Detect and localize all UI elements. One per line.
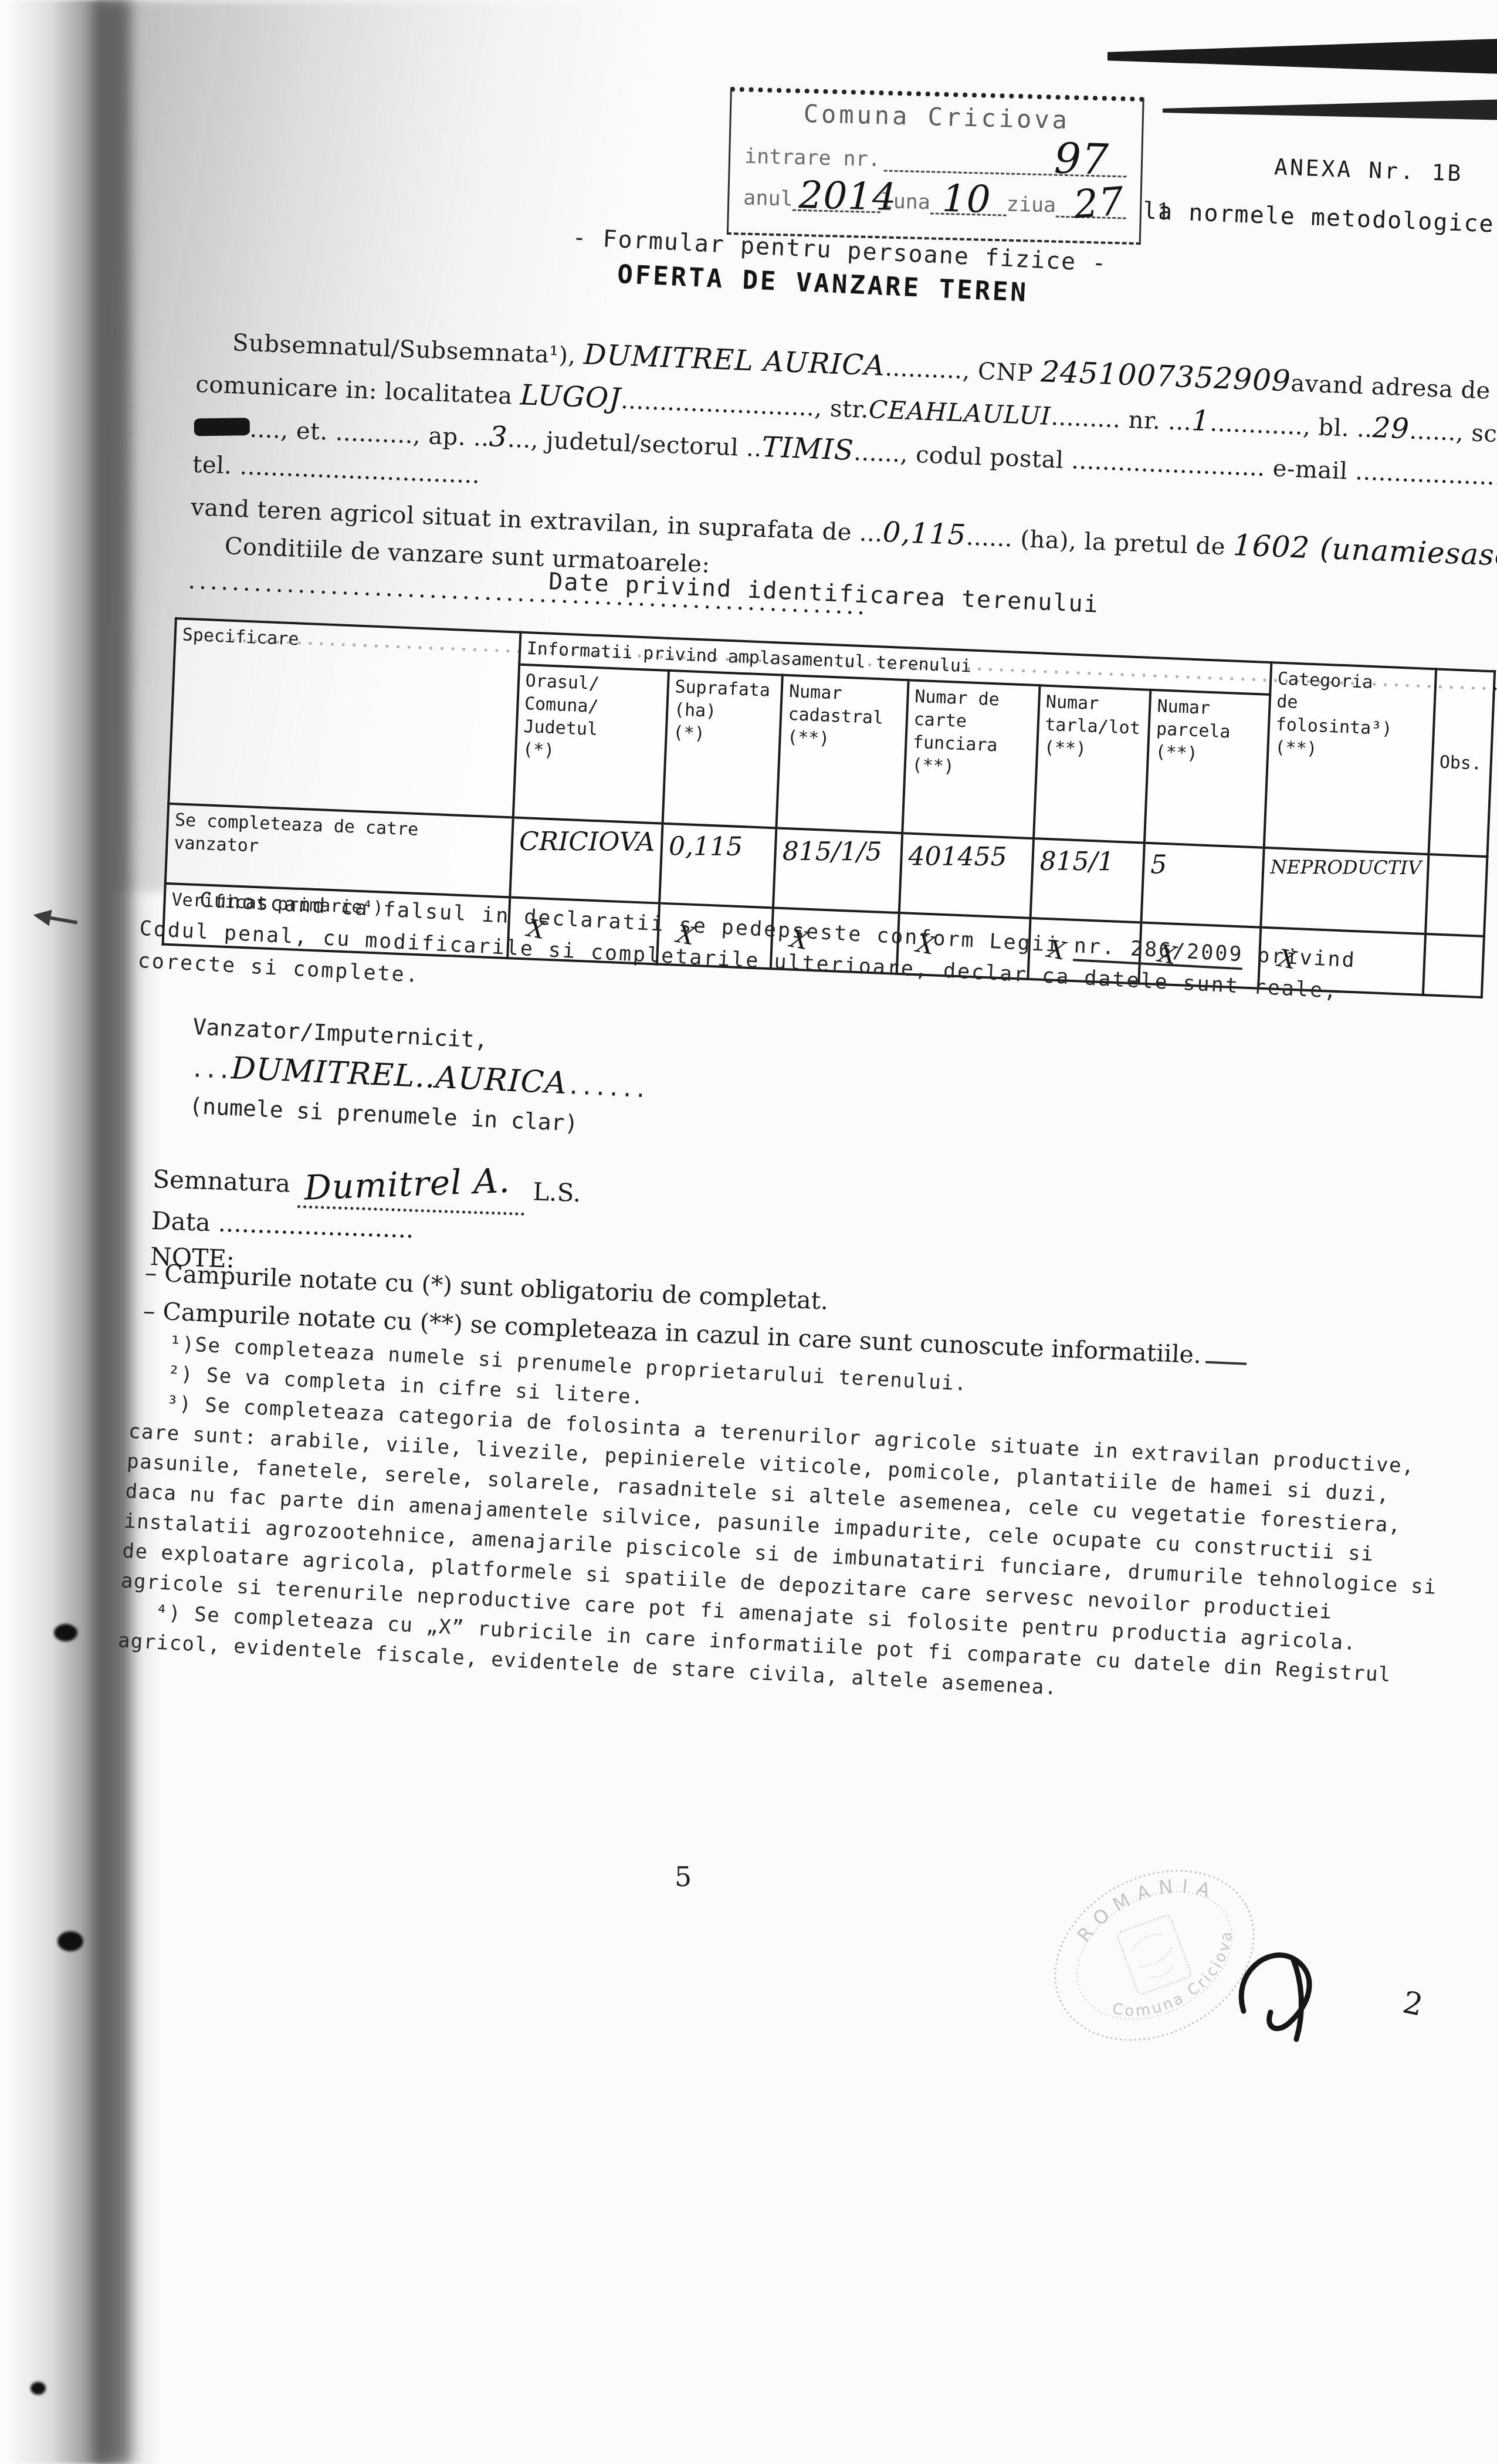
intrare-number-handwritten: 97: [1054, 140, 1109, 179]
row-label-vanzator: Se completeaza de catre vanzator: [165, 804, 513, 897]
col-carte-funciara: Numar de carte funciara (**): [902, 680, 1039, 838]
semnatura-label: Semnatura: [153, 1165, 291, 1198]
numbered-footnotes: ¹)Se completeaza numele si prenumele pro…: [117, 1327, 1452, 1722]
page-number: 5: [675, 1861, 692, 1893]
cadastral-value-handwritten: 815/1/5: [783, 835, 882, 869]
anul-value-handwritten: 2014: [798, 179, 897, 215]
bl-handwritten: 29: [1372, 411, 1410, 445]
ziua-underline: 27: [1056, 190, 1127, 219]
scanned-document-page: Comuna Criciova intrare nr. 97 anul 2014…: [0, 0, 1497, 2464]
stamp-date-row: anul 2014 luna 10 ziua 27: [743, 182, 1130, 219]
stray-mark-2: 2: [1400, 1985, 1426, 2023]
stamp-top-text: ROMANIA: [1066, 1847, 1228, 1969]
annex-heading: ANEXA Nr. 1B: [1274, 154, 1464, 186]
luna-underline: 10: [930, 187, 1007, 216]
stamp-entry-number-row: intrare nr. 97: [744, 141, 1131, 178]
localitate-label: comunicare in: localitatea: [195, 371, 521, 410]
ap-handwritten: 3: [489, 420, 509, 453]
cell-obs-vanzator: [1425, 854, 1487, 936]
strada-label: ........................., str.: [620, 387, 869, 424]
signature-flourish-graphic: [1227, 1941, 1344, 2043]
col-oras-comuna-judet: Orasul/ Comuna/ Judetul (*): [513, 665, 668, 824]
adresa-label: avand adresa de: [1291, 370, 1491, 405]
cnp-handwritten: 2451007352909: [1040, 354, 1291, 398]
cell-carte-funciara: 401455: [899, 833, 1033, 918]
arrow-tail: [50, 916, 77, 925]
scan-ink-blob: [31, 2382, 46, 2395]
cell-comuna: CRICIOVA: [510, 817, 662, 903]
legal-text-b: privind: [1242, 943, 1356, 972]
col-obs: Obs.: [1429, 669, 1495, 857]
ziua-value-handwritten: 27: [1072, 184, 1125, 222]
ls-label: L.S.: [533, 1177, 581, 1207]
suprafata-value-handwritten: 0,115: [669, 830, 743, 864]
subsemnatul-label: Subsemnatul/Subsemnata¹),: [232, 329, 584, 370]
categoria-value-handwritten: NEPRODUCTIV: [1270, 855, 1421, 881]
sc-label: ......, sc.: [1409, 417, 1497, 448]
scribbled-text-blob: [194, 418, 250, 436]
ziua-label: ziua: [1006, 193, 1056, 218]
anul-underline: 2014: [792, 184, 881, 214]
tarla-value-handwritten: 815/1: [1039, 845, 1114, 879]
nr-label: ......... nr. ...: [1051, 404, 1192, 436]
cell-tarla: 815/1: [1030, 838, 1144, 923]
col-numar-cadastral: Numar cadastral (**): [777, 675, 909, 833]
cell-cadastral: 815/1/5: [773, 828, 902, 912]
cell-check-obs: [1423, 934, 1484, 997]
nr-handwritten: 1: [1191, 404, 1211, 438]
dots-before-name: ...: [190, 1056, 232, 1084]
registry-entry-stamp-box: Comuna Criciova intrare nr. 97 anul 2014…: [727, 87, 1144, 245]
dots-after-name: ......: [567, 1073, 648, 1102]
col-tarla-lot: Numar tarla/lot (**): [1034, 685, 1151, 842]
seller-name-handwritten: DUMITREL AURICA: [583, 338, 886, 383]
signer-block: Vanzator/Imputernicit, ...DUMITREL..AURI…: [188, 1010, 650, 1143]
arrow-head-icon: [32, 907, 52, 926]
et-ap-label: ...., et. .........., ap. ..: [249, 415, 490, 452]
scan-left-shadow-band: [8, 0, 161, 2464]
intrare-label: intrare nr.: [744, 145, 881, 172]
scan-artifact-bar-bottom: [1163, 97, 1497, 122]
scan-left-dark-streak: [95, 0, 131, 2464]
bl-label: ............, bl. ..: [1210, 409, 1373, 443]
suprafata-handwritten: 0,115: [882, 516, 967, 551]
judet-handwritten: TIMIS: [761, 431, 855, 467]
svg-text:ROMANIA: ROMANIA: [1066, 1847, 1228, 1969]
intrare-underline: 97: [883, 144, 1127, 177]
strada-handwritten: CEAHLAULUI: [868, 395, 1052, 431]
judet-label: ..., judetul/sectorul ..: [507, 425, 762, 462]
localitate-handwritten: LUGOJ: [520, 378, 622, 415]
col-categoria-folosinta: Categoria de folosinta³) (**): [1264, 662, 1436, 854]
scan-artifact-bar-top: [1107, 39, 1497, 74]
col-specificare: Specificare: [168, 618, 520, 817]
scan-ink-blob: [57, 1931, 83, 1951]
carte-funciara-value-handwritten: 401455: [908, 840, 1007, 874]
col-suprafata: Suprafata (ha) (*): [662, 671, 783, 828]
signature-flourish: [1227, 1941, 1344, 2043]
signature-underline: Dumitrel A.: [297, 1156, 526, 1216]
annex-subheading: la normele metodologice: [1142, 198, 1495, 238]
cell-suprafata: 0,115: [659, 824, 777, 908]
trailing-underscore-mark: [1205, 1361, 1247, 1365]
cell-parcela: 5: [1142, 843, 1264, 928]
anul-label: anul: [743, 187, 793, 211]
luna-value-handwritten: 10: [941, 182, 991, 218]
pret-label: ...... (ha), la pretul de: [966, 523, 1234, 560]
comuna-value-handwritten: CRICIOVA: [519, 825, 655, 859]
parcela-value-handwritten: 5: [1151, 848, 1167, 882]
stamp-authority: Comuna Criciova: [731, 97, 1142, 136]
cell-categoria: NEPRODUCTIV: [1261, 848, 1429, 934]
col-parcela: Numar parcela (**): [1144, 690, 1270, 848]
signature-handwritten: Dumitrel A.: [303, 1156, 511, 1213]
scan-ink-blob: [54, 1624, 77, 1641]
cnp-label: .........., CNP: [885, 354, 1041, 387]
